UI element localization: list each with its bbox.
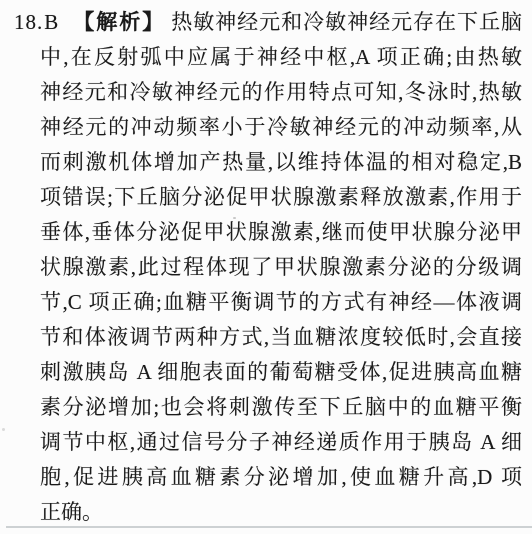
page-divider (6, 526, 532, 528)
explanation-line: 素分泌增加;也会将刺激传至下丘脑中的血糖平衡 (14, 390, 522, 425)
answer-explanation-page: 18.B【解析】热敏神经元和冷敏神经元存在下丘脑 中,在反射弧中应属于神经中枢,… (0, 0, 532, 534)
explanation-line: 胞,促进胰高血糖素分泌增加,使血糖升高,D 项 (14, 460, 522, 495)
explanation-line: 状腺激素,此过程体现了甲状腺激素分泌的分级调 (14, 250, 522, 285)
explanation-line: 节,C 项正确;血糖平衡调节的方式有神经—体液调 (14, 285, 522, 320)
explanation-line: 正确。 (14, 495, 522, 530)
explanation-line: 调节中枢,通过信号分子神经递质作用于胰岛 A 细 (14, 425, 522, 460)
analysis-label: 【解析】 (72, 10, 165, 34)
answer-letter: B (44, 10, 58, 34)
explanation-line: 节和体液调节两种方式,当血糖浓度较低时,会直接 (14, 320, 522, 355)
question-number: 18. (14, 10, 43, 34)
scan-speck (233, 217, 236, 219)
explanation-line: 神经元的冲动频率小于冷敏神经元的冲动频率,从 (14, 110, 522, 145)
explanation-line: 刺激胰岛 A 细胞表面的葡萄糖受体,促进胰高血糖 (14, 355, 522, 390)
explanation-line: 而刺激机体增加产热量,以维持体温的相对稳定,B (14, 145, 522, 180)
scan-speck (509, 472, 513, 474)
explanation-line: 项错误;下丘脑分泌促甲状腺激素释放激素,作用于 (14, 180, 522, 215)
scan-speck (2, 428, 5, 431)
explanation-text-start: 热敏神经元和冷敏神经元存在下丘脑 (171, 10, 522, 34)
explanation-line: 垂体,垂体分泌促甲状腺激素,继而使甲状腺分泌甲 (14, 215, 522, 250)
explanation-line: 中,在反射弧中应属于神经中枢,A 项正确;由热敏 (14, 40, 522, 75)
explanation-line: 神经元和冷敏神经元的作用特点可知,冬泳时,热敏 (14, 75, 522, 110)
explanation-line: 18.B【解析】热敏神经元和冷敏神经元存在下丘脑 (14, 5, 522, 40)
